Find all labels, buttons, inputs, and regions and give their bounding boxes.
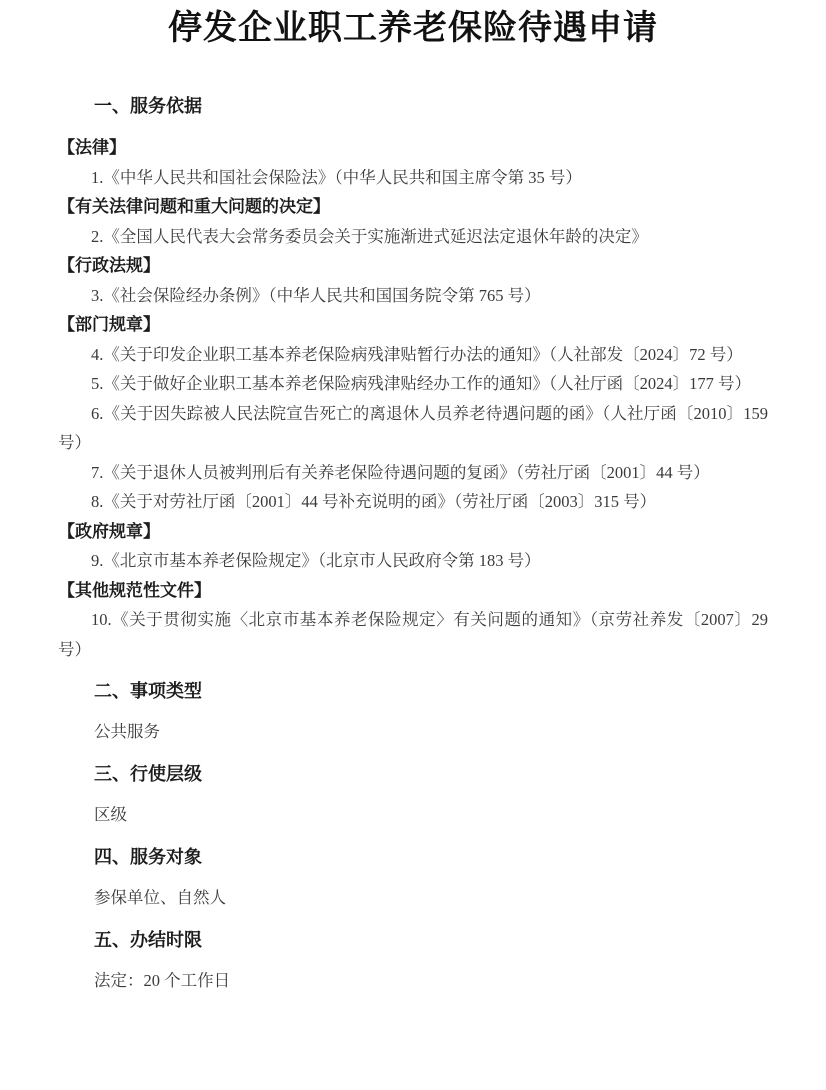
legal-item-10: 10.《关于贯彻实施〈北京市基本养老保险规定〉有关问题的通知》（京劳社养发〔20… (58, 605, 768, 664)
section-value-time-limit: 法定：20 个工作日 (94, 966, 768, 996)
document-title: 停发企业职工养老保险待遇申请 (58, 6, 768, 52)
section-value-service-target: 参保单位、自然人 (94, 883, 768, 913)
group-label-admin-regulations: 【行政法规】 (58, 251, 768, 281)
section-value-item-type: 公共服务 (94, 717, 768, 747)
group-label-law: 【法律】 (58, 133, 768, 163)
legal-item-3: 3.《社会保险经办条例》（中华人民共和国国务院令第 765 号） (58, 281, 768, 311)
legal-item-2: 2.《全国人民代表大会常务委员会关于实施渐进式延迟法定退休年龄的决定》 (58, 222, 768, 252)
section-heading-service-target: 四、服务对象 (94, 845, 768, 869)
document-page: 停发企业职工养老保险待遇申请 一、服务依据 【法律】 1.《中华人民共和国社会保… (0, 6, 826, 1090)
group-label-department-rules: 【部门规章】 (58, 310, 768, 340)
legal-item-5: 5.《关于做好企业职工基本养老保险病残津贴经办工作的通知》（人社厅函〔2024〕… (58, 369, 768, 399)
group-label-other-normative-docs: 【其他规范性文件】 (58, 576, 768, 606)
section-value-exercise-level: 区级 (94, 800, 768, 830)
legal-item-7: 7.《关于退休人员被判刑后有关养老保险待遇问题的复函》（劳社厅函〔2001〕44… (58, 458, 768, 488)
section-heading-exercise-level: 三、行使层级 (94, 762, 768, 786)
group-label-government-rules: 【政府规章】 (58, 517, 768, 547)
legal-item-1: 1.《中华人民共和国社会保险法》（中华人民共和国主席令第 35 号） (58, 163, 768, 193)
legal-item-9: 9.《北京市基本养老保险规定》（北京市人民政府令第 183 号） (58, 546, 768, 576)
legal-item-6: 6.《关于因失踪被人民法院宣告死亡的离退休人员养老待遇问题的函》（人社厅函〔20… (58, 399, 768, 458)
section-heading-service-basis: 一、服务依据 (94, 94, 768, 118)
legal-item-4: 4.《关于印发企业职工基本养老保险病残津贴暂行办法的通知》（人社部发〔2024〕… (58, 340, 768, 370)
service-basis-list: 【法律】 1.《中华人民共和国社会保险法》（中华人民共和国主席令第 35 号） … (58, 133, 768, 664)
section-heading-item-type: 二、事项类型 (94, 679, 768, 703)
section-heading-time-limit: 五、办结时限 (94, 928, 768, 952)
legal-item-8: 8.《关于对劳社厅函〔2001〕44 号补充说明的函》（劳社厅函〔2003〕31… (58, 487, 768, 517)
group-label-legal-decisions: 【有关法律问题和重大问题的决定】 (58, 192, 768, 222)
